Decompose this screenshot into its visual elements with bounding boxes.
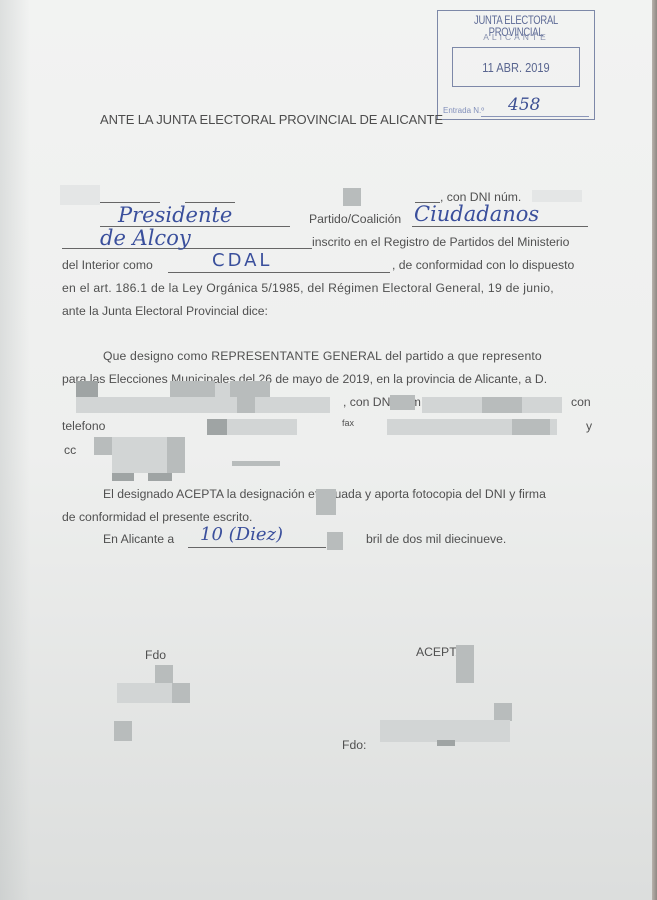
paper-edge [652,0,657,900]
con-label: con [571,395,591,409]
conformity-text: , de conformidad con lo dispuesto [392,258,574,272]
fax-label: fax [342,418,354,428]
redacted-block [94,437,112,455]
handwritten-location: de Alcoy [100,226,191,250]
redacted-block [482,397,522,413]
redacted-block [76,381,98,397]
handwritten-day: 10 (Diez) [200,524,283,545]
redacted-block [155,665,173,683]
email-label: cc [64,443,76,457]
place-label: En Alicante a [103,532,174,546]
redacted-block [230,381,270,397]
day-line [188,547,326,548]
redacted-block [172,683,190,703]
stamp-city: ALICANTE [438,32,594,42]
stamp-date: 11 ABR. 2019 [462,60,569,75]
redacted-block [167,437,185,473]
redacted-block [437,740,455,746]
redacted-dni [532,190,582,202]
handwritten-acronym: CDAL [212,250,272,271]
redacted-block [494,703,512,721]
redacted-block [237,397,255,413]
document-heading: ANTE LA JUNTA ELECTORAL PROVINCIAL DE AL… [100,112,443,127]
redacted-email [112,437,172,473]
redacted-block [390,395,415,410]
stamp-entry-number: 458 [508,95,540,115]
redacted-block [114,721,132,741]
stamp-date-box: 11 ABR. 2019 [452,47,580,87]
stamp-entry-label: Entrada N.º [443,106,484,115]
redacted-block [112,473,134,481]
stamp-entry-line [481,116,589,117]
registry-text: inscrito en el Registro de Partidos del … [312,235,569,249]
redacted-block [456,645,474,683]
redacted-name [76,397,311,413]
redacted-block [327,532,343,550]
redacted-block [207,419,227,435]
closing-text: ante la Junta Electoral Provincial dice: [62,304,268,318]
redacted-block [343,188,361,206]
registry-stamp: JUNTA ELECTORAL PROVINCIAL ALICANTE 11 A… [437,10,595,120]
redacted-block [232,461,280,466]
redacted-signature [117,683,173,703]
right-fdo-label: Fdo: [342,738,366,752]
designation-line-2: para las Elecciones Municipales del 26 d… [62,372,547,386]
date-suffix: bril de dos mil diecinueve. [366,532,506,546]
left-signature-label: Fdo [145,648,166,662]
law-text: en el art. 186.1 de la Ley Orgánica 5/19… [62,281,554,295]
redacted-block [170,381,215,397]
redacted-block [60,185,100,205]
redacted-block [148,473,172,481]
phone-label: telefono [62,419,105,433]
redacted-phone [227,419,297,435]
redacted-block [300,397,330,413]
handwritten-role: Presidente [118,203,232,227]
redacted-block [316,489,336,515]
paper-shadow [0,0,30,900]
y-label: y [586,419,592,433]
redacted-signature [380,720,510,742]
party-line [412,226,588,227]
redacted-block [512,419,550,435]
designation-line-1: Que designo como REPRESENTANTE GENERAL d… [103,349,542,363]
handwritten-party: Ciudadanos [414,202,539,226]
acronym-line [168,272,390,273]
party-label: Partido/Coalición [309,212,401,226]
interior-label: del Interior como [62,258,153,272]
acceptance-line-2: de conformidad el presente escrito. [62,510,252,524]
